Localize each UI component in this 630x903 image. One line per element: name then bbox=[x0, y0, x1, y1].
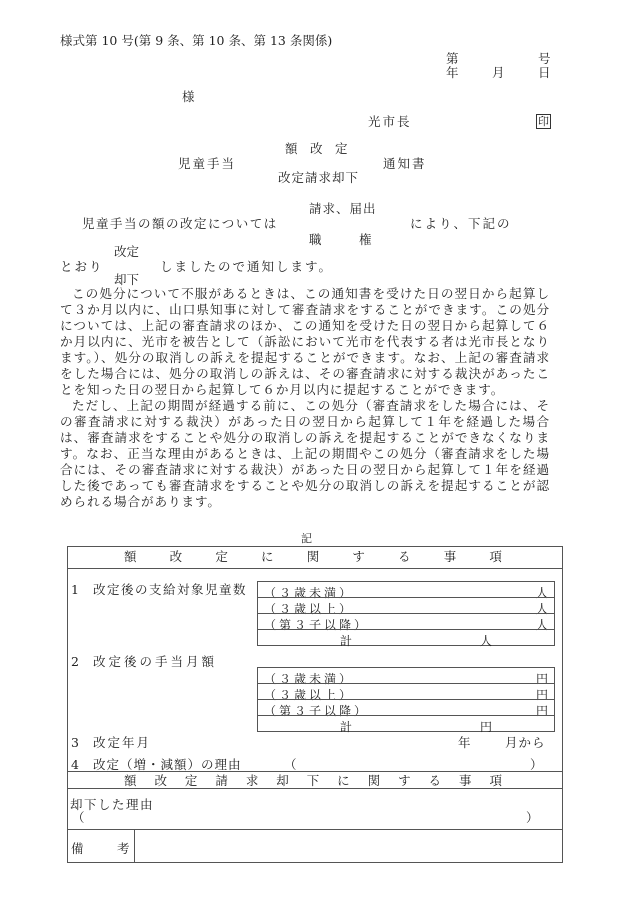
item1-row-third-child[interactable]: （第３子以降）人 bbox=[257, 613, 555, 630]
section-amount-revision-header: 額 改 定 に 関 す る 事 項 bbox=[124, 551, 502, 564]
intro-option-top: 請求、届出 bbox=[309, 203, 377, 216]
header-char: 請 bbox=[215, 775, 228, 788]
item2-row-total[interactable]: 計円 bbox=[257, 715, 555, 732]
item1-row-total[interactable]: 計人 bbox=[257, 629, 555, 646]
item1-number: 1 bbox=[71, 584, 79, 597]
issuer: 光市長 bbox=[368, 116, 412, 129]
title-top-option: 額 改 定 bbox=[285, 143, 348, 156]
notice-paragraph-1: この処分について不服があるときは、この通知書を受けた日の翌日から起算して３か月以… bbox=[60, 286, 550, 398]
header-char: に bbox=[261, 551, 274, 564]
rejection-close-paren: ） bbox=[526, 812, 539, 825]
item1-row-3andover[interactable]: （３歳以上）人 bbox=[257, 597, 555, 614]
header-char: 項 bbox=[489, 551, 502, 564]
section-rejection-header: 額 改 定 請 求 却 下 に 関 す る 事 項 bbox=[124, 775, 502, 788]
date-year: 年 bbox=[446, 67, 459, 80]
header-char: 項 bbox=[489, 775, 502, 788]
item4-label: 改定（増・減額）の理由 bbox=[93, 759, 242, 772]
header-char: 改 bbox=[170, 551, 183, 564]
remarks-field[interactable] bbox=[136, 831, 560, 861]
title-left: 児童手当 bbox=[178, 158, 236, 171]
date-day: 日 bbox=[538, 67, 551, 80]
date-month: 月 bbox=[492, 67, 505, 80]
header-char: る bbox=[429, 775, 442, 788]
header-char: 額 bbox=[124, 775, 137, 788]
header-char: 求 bbox=[246, 775, 259, 788]
header-char: 定 bbox=[185, 775, 198, 788]
total-unit: 円 bbox=[480, 718, 492, 735]
header-char: 額 bbox=[124, 551, 137, 564]
item3-label: 改定年月 bbox=[93, 737, 151, 750]
item4-close-paren: ） bbox=[530, 759, 543, 772]
item4-number: 4 bbox=[71, 759, 79, 772]
header-char: 定 bbox=[215, 551, 228, 564]
intro-line2-prefix: とおり bbox=[60, 261, 104, 274]
header-char: 関 bbox=[307, 551, 320, 564]
remarks-divider bbox=[134, 829, 135, 863]
item2-number: 2 bbox=[71, 656, 79, 669]
record-label: 記 bbox=[301, 533, 312, 544]
header-char: 下 bbox=[307, 775, 320, 788]
intro-text-before: 児童手当の額の改定については bbox=[82, 218, 278, 231]
intro-line2-option-top: 改定 bbox=[114, 246, 139, 259]
header-char: 関 bbox=[368, 775, 381, 788]
title-bottom-option: 改定請求却下 bbox=[278, 172, 359, 185]
divider bbox=[67, 829, 563, 830]
divider bbox=[67, 568, 563, 569]
addressee-suffix: 様 bbox=[182, 91, 195, 104]
remarks-label-2: 考 bbox=[117, 843, 130, 856]
notice-paragraph-2: ただし、上記の期間が経過する前に、この処分（審査請求をした場合には、その審査請求… bbox=[60, 398, 550, 510]
item1-label: 改定後の支給対象児童数 bbox=[93, 584, 247, 597]
notice-body: この処分について不服があるときは、この通知書を受けた日の翌日から起算して３か月以… bbox=[60, 286, 550, 510]
item2-label: 改定後の手当月額 bbox=[93, 656, 217, 669]
item3-number: 3 bbox=[71, 737, 79, 750]
seal-icon: 印 bbox=[536, 115, 551, 128]
remarks-label-1: 備 bbox=[71, 843, 84, 856]
item2-row-third-child[interactable]: （第３子以降）円 bbox=[257, 699, 555, 716]
header-char: 改 bbox=[154, 775, 167, 788]
header-char: る bbox=[398, 551, 411, 564]
doc-number-prefix: 第 bbox=[446, 53, 459, 66]
item4-open-paren: （ bbox=[284, 759, 297, 772]
intro-text-after: により、下記の bbox=[410, 218, 512, 231]
total-unit: 人 bbox=[480, 632, 492, 649]
item3-year: 年 bbox=[458, 737, 471, 750]
item2-row-under3[interactable]: （３歳未満）円 bbox=[257, 667, 555, 684]
item2-row-3andover[interactable]: （３歳以上）円 bbox=[257, 683, 555, 700]
header-char: 事 bbox=[444, 551, 457, 564]
header-char: す bbox=[398, 775, 411, 788]
total-label: 計 bbox=[340, 718, 352, 735]
title-right: 通知書 bbox=[383, 158, 427, 171]
seal-label: 印 bbox=[536, 114, 551, 129]
item3-month-from: 月から bbox=[505, 737, 546, 750]
header-char: 却 bbox=[276, 775, 289, 788]
header-char: 事 bbox=[459, 775, 472, 788]
intro-option-bottom: 職 権 bbox=[309, 234, 372, 247]
divider bbox=[67, 771, 563, 772]
doc-number-suffix: 号 bbox=[538, 53, 551, 66]
header-char: に bbox=[337, 775, 350, 788]
rejection-open-paren: （ bbox=[72, 812, 85, 825]
item1-row-under3[interactable]: （３歳未満）人 bbox=[257, 581, 555, 598]
total-label: 計 bbox=[340, 632, 352, 649]
header-char: す bbox=[352, 551, 365, 564]
form-number: 様式第 10 号(第 9 条、第 10 条、第 13 条関係) bbox=[60, 35, 332, 48]
divider bbox=[67, 788, 563, 789]
intro-line2-text: しましたので通知します。 bbox=[160, 261, 333, 274]
intro-line2-option-bottom: 却下 bbox=[114, 274, 139, 287]
